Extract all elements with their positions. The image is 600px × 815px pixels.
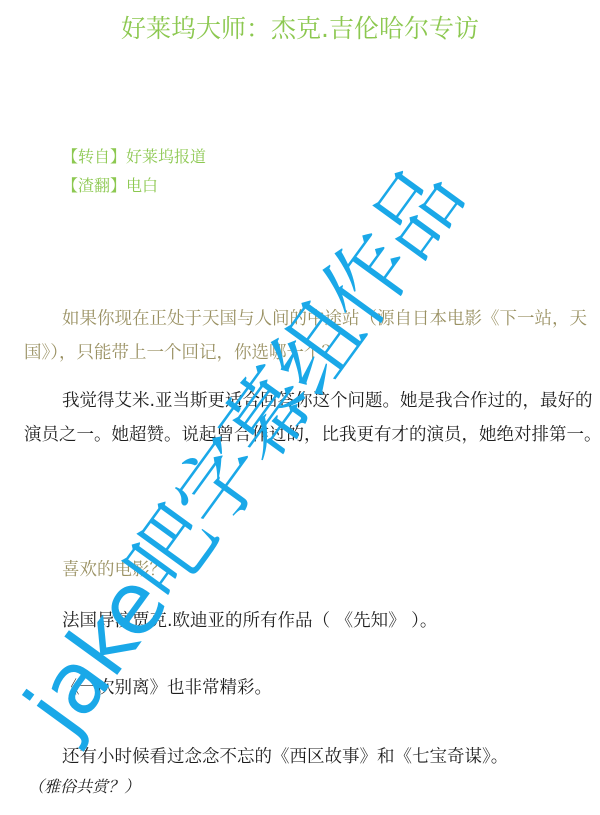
credit-source-value: 好莱坞报道 [126,147,206,166]
credit-translator: 【渣翻】电白 [62,171,206,200]
answer-2-line-3: 还有小时候看过念念不忘的《西区故事》和《七宝奇谋》。 [24,740,600,774]
answer-2-note: （雅俗共赏？） [28,773,140,801]
credit-translator-label: 【渣翻】 [62,176,126,195]
question-1: 如果你现在正处于天国与人间的中途站（源自日本电影《下一站，天国》），只能带上一个… [24,302,600,370]
answer-2-line-2: 《一次别离》也非常精彩。 [24,671,600,705]
answer-2-line-1: 法国导演贾克.欧迪亚的所有作品（ 《先知》 ）。 [24,604,600,638]
answer-1: 我觉得艾米.亚当斯更适合回答你这个问题。她是我合作过的，最好的演员之一。她超赞。… [24,384,600,452]
page-title: 好莱坞大师：杰克.吉伦哈尔专访 [0,12,600,46]
credit-source: 【转自】好莱坞报道 [62,142,206,171]
credit-translator-value: 电白 [126,176,158,195]
credit-source-label: 【转自】 [62,147,126,166]
document-page: 好莱坞大师：杰克.吉伦哈尔专访 【转自】好莱坞报道 【渣翻】电白 如果你现在正处… [0,0,600,815]
question-2: 喜欢的电影？ [24,553,600,587]
credits: 【转自】好莱坞报道 【渣翻】电白 [62,142,206,200]
